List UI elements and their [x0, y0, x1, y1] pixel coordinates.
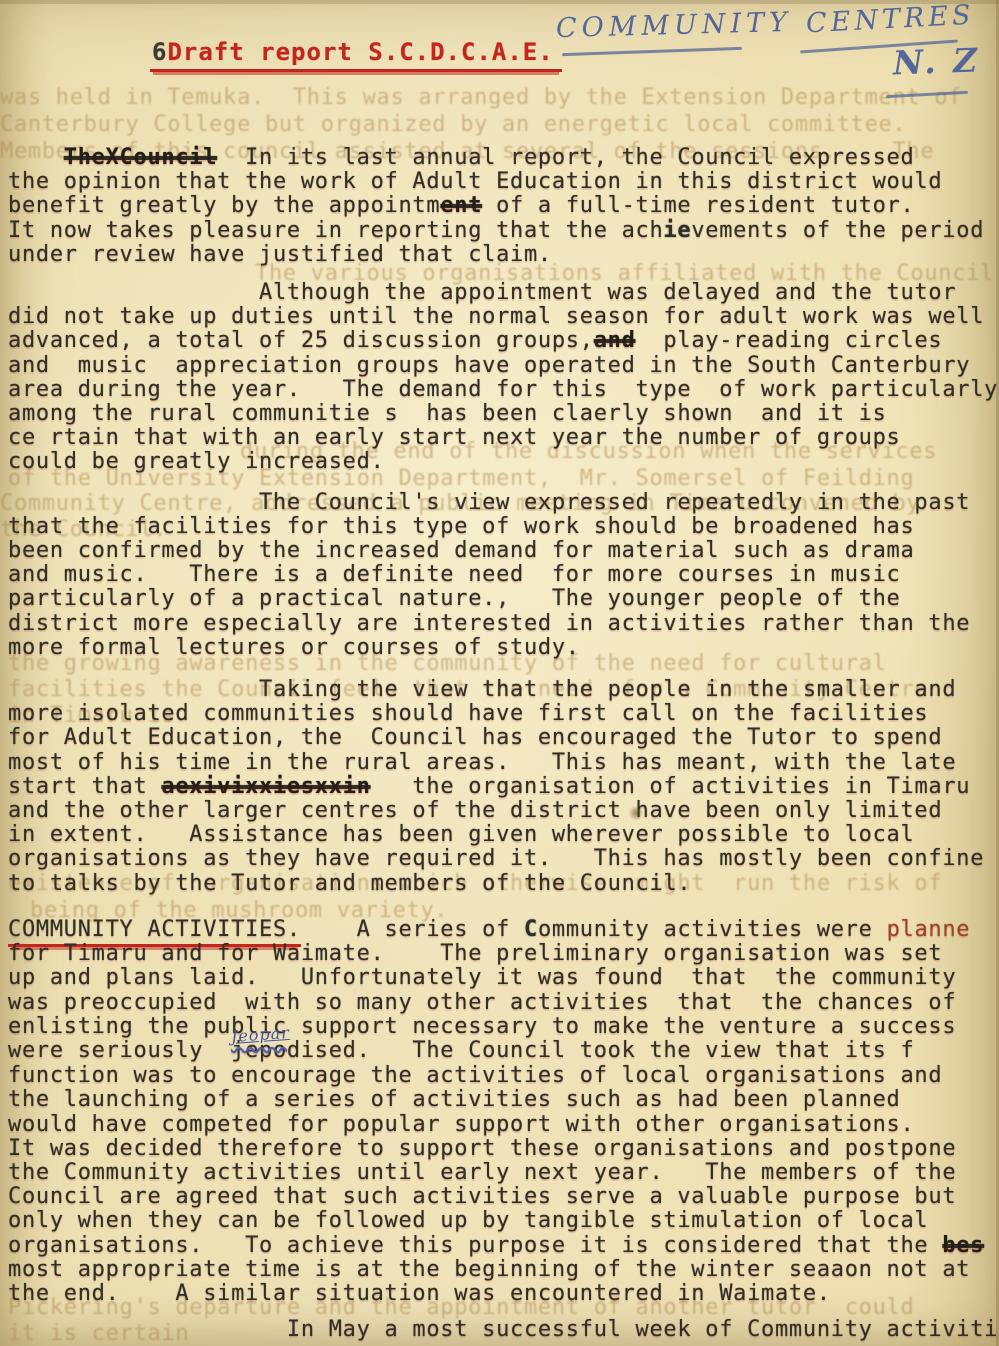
typed-text: most appropriate time is at the beginnin… [8, 1257, 970, 1306]
paragraph: COMMUNITY ACTIVITIES. A series of Commun… [8, 918, 999, 1306]
typed-text: ommunity activities were [538, 917, 887, 942]
typed-text: In May a most successful week of Communi… [8, 1317, 998, 1342]
typed-text: dised. The Council took the view that it… [8, 1038, 956, 1258]
handwritten-annotation-nz: N. Z [892, 40, 980, 82]
typed-text: A series of [301, 917, 524, 942]
ghost-bleed-text: Canterbury College but organized by an e… [0, 113, 906, 137]
typed-text [8, 145, 64, 170]
paragraph: In May a most successful week of Communi… [8, 1318, 999, 1342]
struck-out-text: TheXCouncil [64, 145, 217, 170]
struck-out-text: bes [942, 1233, 984, 1258]
ink-blotch-stain [628, 806, 644, 820]
typed-text-body: TheXCouncil In its last annual report, t… [8, 146, 999, 1342]
report-title-text: Draft report S.C.D.C.A.E. [167, 38, 553, 66]
page-number: 6 [152, 38, 167, 66]
typed-text: The Council's view expressed repeatedly … [8, 490, 970, 660]
typed-text: C [524, 917, 538, 942]
struck-out-text: aexivixxiesxxin [161, 774, 370, 799]
paragraph: The Council's view expressed repeatedly … [8, 491, 999, 660]
typed-text: planne [887, 917, 971, 942]
scanned-document-page: was held in Temuka. This was arranged by… [0, 0, 999, 1346]
report-title: 6Draft report S.C.D.C.A.E. [150, 38, 562, 72]
paragraph: Taking the view that the people in the s… [8, 678, 999, 896]
paragraph: TheXCouncil In its last annual report, t… [8, 146, 999, 267]
handwritten-annotation-community: COMMUNITY [556, 7, 793, 44]
ghost-bleed-text: was held in Temuka. This was arranged by… [0, 86, 962, 110]
typed-text: ie [663, 218, 691, 243]
struck-out-text: and [594, 328, 636, 353]
struck-out-text: ent [440, 193, 482, 218]
paragraph: Although the appointment was delayed and… [8, 281, 999, 475]
